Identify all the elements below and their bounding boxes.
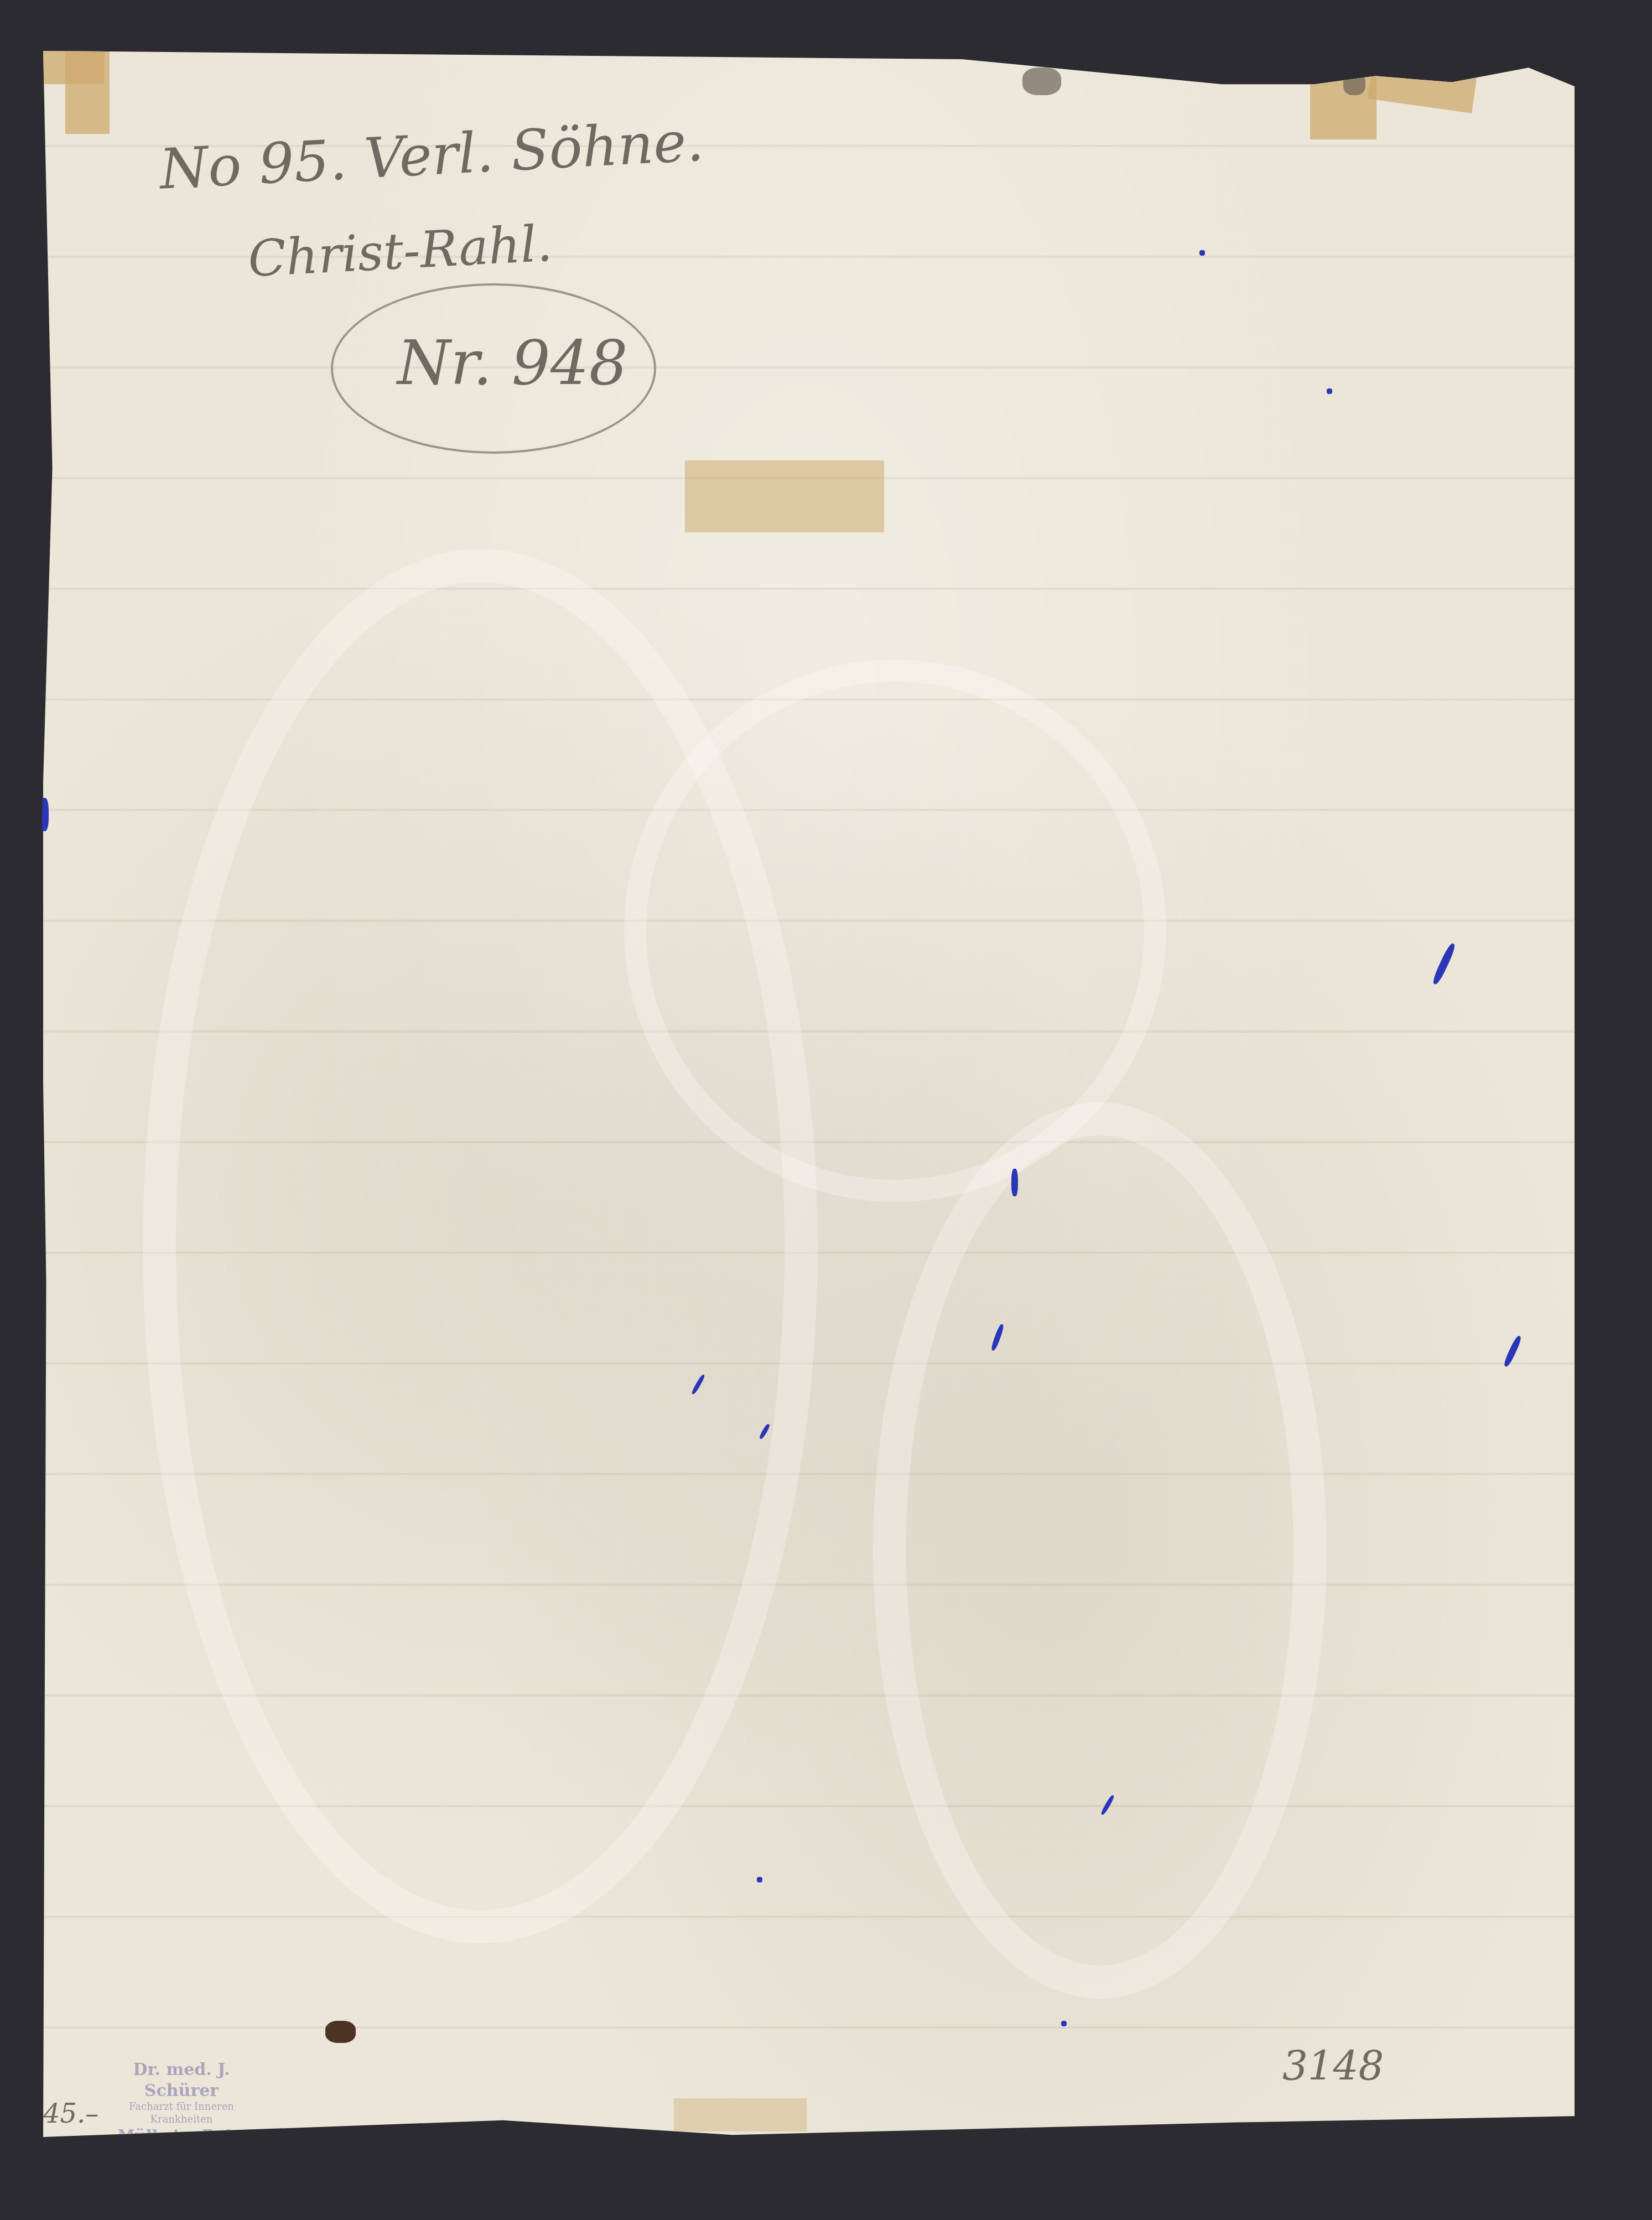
blue-fleck-center-1: [1011, 1169, 1018, 1196]
tape-bottom-center: [674, 2098, 807, 2131]
catalog-number: 3148: [1282, 2043, 1384, 2089]
inscription-artist: Christ-Rahl.: [247, 215, 554, 289]
price-mark: 45.–: [43, 2098, 98, 2129]
stamp-line-title: Facharzt für Inneren Krankheiten: [98, 2101, 264, 2126]
paper-sheet: No 95. Verl. Söhne. Christ-Rahl. Nr. 948…: [43, 51, 1575, 2137]
tape-center: [685, 460, 884, 532]
blue-fleck-right-2: [1503, 1335, 1523, 1367]
stain-bottom-left: [325, 2021, 356, 2043]
tape-top-right-corner: [1368, 44, 1479, 113]
stain-top-1: [1022, 68, 1061, 95]
stain-top-2: [1343, 73, 1365, 95]
inventory-number: Nr. 948: [397, 328, 628, 398]
inscription-title: No 95. Verl. Söhne.: [158, 108, 705, 201]
stamp-line-city: Mülheim-Ruhr: [98, 2126, 264, 2145]
stamp-line-name: Dr. med. J. Schürer: [98, 2060, 264, 2101]
owner-stamp: Dr. med. J. Schürer Facharzt für Inneren…: [98, 2060, 264, 2145]
blue-fleck-right-1: [1431, 942, 1457, 985]
blue-dot-4: [1061, 2021, 1067, 2026]
tape-top-left-strip: [65, 51, 110, 134]
blue-dot-3: [757, 1877, 762, 1882]
tape-top-right: [1310, 56, 1376, 139]
blue-dot-1: [1199, 250, 1205, 256]
blue-fleck-left-edge: [40, 798, 49, 831]
show-through-figure: [624, 660, 1166, 1202]
blue-dot-2: [1327, 388, 1332, 394]
show-through-arc-right: [873, 1102, 1327, 1999]
